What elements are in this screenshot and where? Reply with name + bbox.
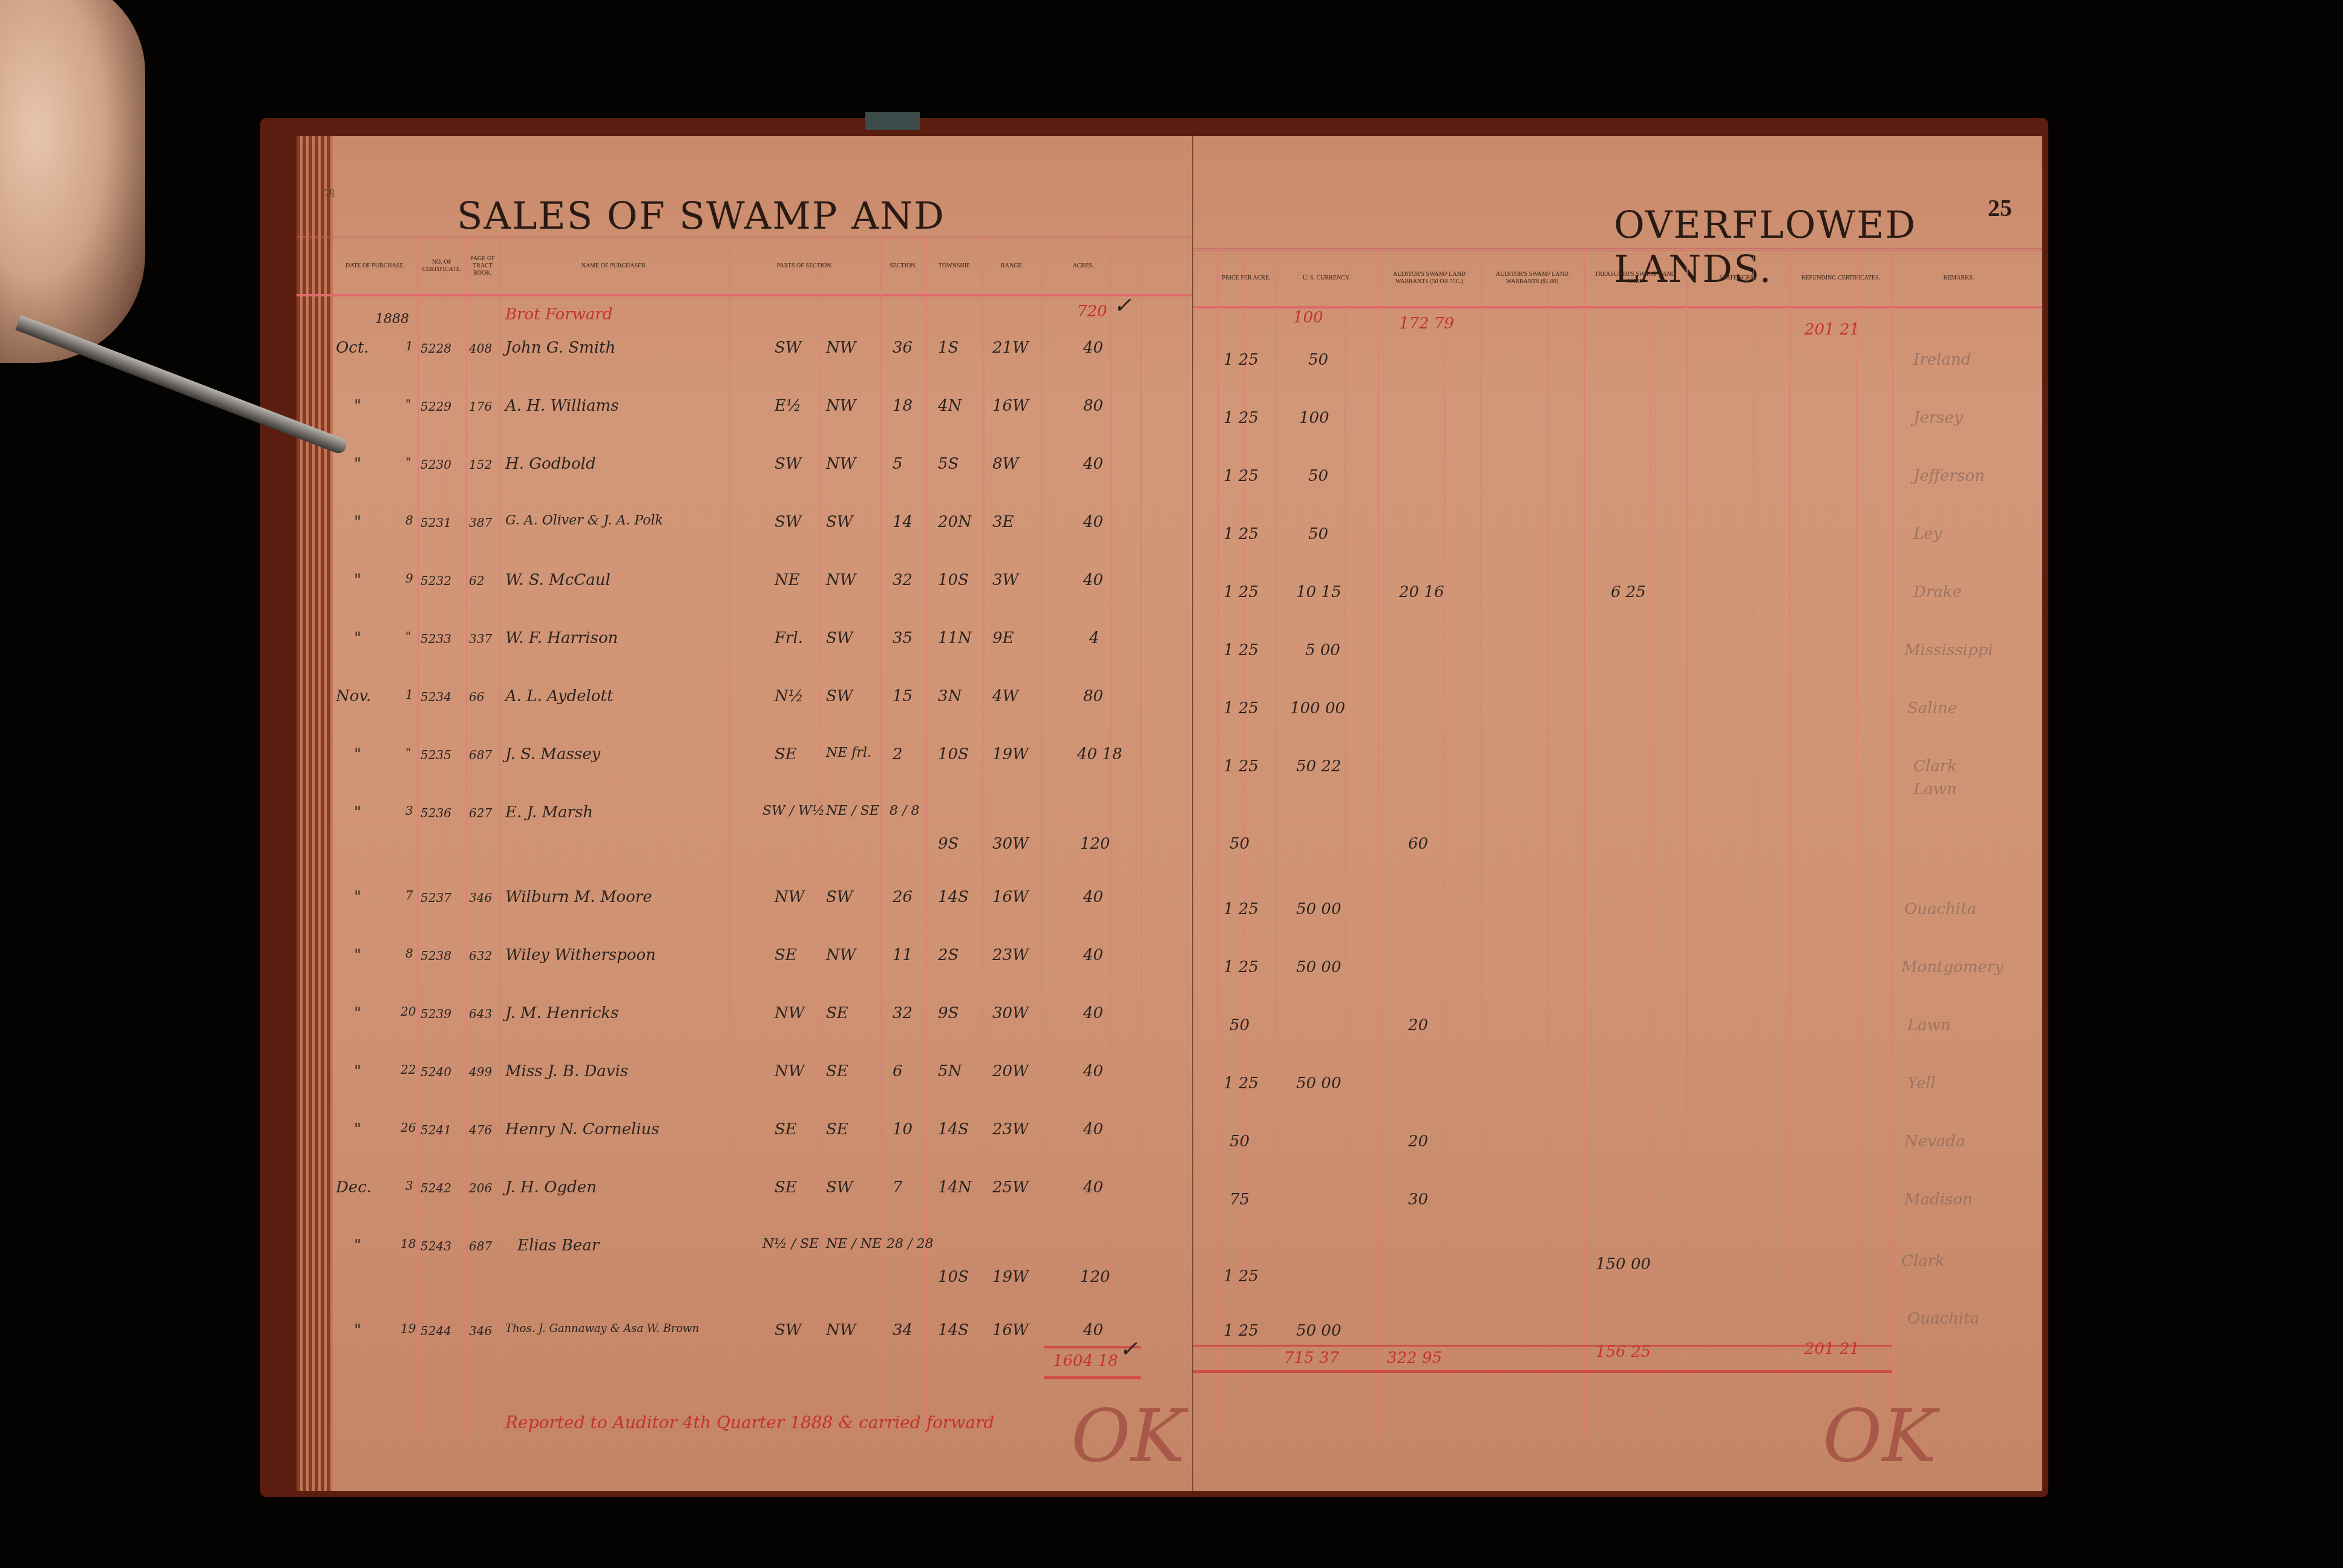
township: 14S [938, 1321, 969, 1339]
part: SW / W½ [762, 803, 825, 818]
quarter: NW [826, 339, 856, 357]
purchaser-name: E. J. Marsh [505, 803, 593, 822]
price: 1 25 [1224, 900, 1259, 918]
table-row: " 26 5241 476 Henry N. Cornelius SE SE 1… [297, 1120, 1192, 1178]
header-price-per-acre: Price Per Acre. [1217, 250, 1275, 306]
table-row: " 22 5240 499 Miss J. B. Davis NW SE 6 5… [297, 1062, 1192, 1120]
page-title-left: SALES OF SWAMP AND [457, 194, 945, 238]
right-header-row: Price Per Acre. U. S. Currency. Auditor'… [1193, 248, 2042, 309]
acres: 40 [1083, 513, 1103, 531]
range: 16W [992, 397, 1029, 415]
township: 9S [938, 1004, 958, 1022]
quarter: SE [826, 1120, 848, 1138]
us-currency: 50 [1308, 351, 1328, 369]
certificate: 5232 [421, 573, 451, 588]
header-auditor-warrants-50-75: Auditor's Swamp Land Warrants (50 or 75c… [1378, 250, 1481, 306]
price: 1 25 [1224, 1322, 1259, 1340]
price: 1 25 [1224, 409, 1259, 427]
section: 14 [893, 513, 913, 531]
footer-note: Reported to Auditor 4th Quarter 1888 & c… [505, 1413, 994, 1432]
township: 11N [938, 629, 972, 647]
remarks: Jersey [1913, 409, 1963, 427]
section: 32 [893, 1004, 913, 1022]
header-acres: Acres. [1041, 238, 1126, 294]
total-acres: 1604 18 [1053, 1352, 1118, 1370]
purchaser-name: H. Godbold [505, 455, 596, 473]
quarter: SW [826, 629, 853, 647]
section: 35 [893, 629, 913, 647]
ok-mark: OK [1823, 1394, 1936, 1478]
month: " [354, 629, 361, 647]
section: 26 [893, 888, 913, 906]
day: 20 [401, 1004, 416, 1019]
section: 18 [893, 397, 913, 415]
month: Dec. [336, 1178, 372, 1197]
section: 10 [893, 1120, 913, 1138]
day: 7 [405, 888, 413, 903]
purchaser-name: J. M. Henricks [505, 1004, 618, 1022]
section: 15 [893, 687, 913, 705]
price: 1 25 [1224, 699, 1259, 717]
header-auditor-warrants-100: Auditor's Swamp Land Warrants ($1.00) [1481, 250, 1584, 306]
table-row: " 3 5236 627 E. J. Marsh SW / W½ NE / SE… [297, 803, 1192, 888]
price: 50 [1230, 1016, 1250, 1034]
us-currency: 50 00 [1296, 958, 1341, 976]
township: 3N [938, 687, 962, 705]
purchaser-name: Thos. J. Gannaway & Asa W. Brown [505, 1322, 699, 1335]
certificate: 5228 [421, 341, 451, 356]
header-purchaser: Name of Purchaser. [499, 238, 729, 294]
part: SW [775, 455, 802, 473]
ok-mark: OK [1071, 1394, 1185, 1478]
price: 75 [1230, 1191, 1250, 1209]
part: N½ / SE [762, 1236, 819, 1252]
acres: 40 [1083, 571, 1103, 589]
header-township: Township. [926, 238, 983, 294]
left-header-row: Date of Purchase. No. of Certificate. Pa… [297, 236, 1192, 296]
certificate: 5231 [421, 515, 451, 530]
tract-page: 152 [469, 457, 492, 472]
auditor-warrants-50-75: 20 16 [1399, 583, 1444, 601]
header-remarks: Remarks. [1892, 250, 2025, 306]
remarks: Lawn [1907, 1016, 1951, 1034]
price: 1 25 [1224, 1267, 1259, 1285]
tract-page: 499 [469, 1065, 492, 1079]
header-range: Range. [983, 238, 1041, 294]
tract-page: 176 [469, 399, 492, 414]
acres: 80 [1083, 397, 1103, 415]
quarter: NE frl. [826, 745, 871, 760]
section: 36 [893, 339, 913, 357]
table-row: " 8 5231 387 G. A. Oliver & J. A. Polk S… [297, 513, 1192, 571]
price: 1 25 [1224, 641, 1259, 659]
acres: 40 [1083, 1120, 1103, 1138]
range: 30W [992, 1004, 1029, 1022]
us-currency: 50 [1308, 467, 1328, 485]
quarter: NW [826, 397, 856, 415]
auditor-warrants-50-75: 20 [1408, 1132, 1428, 1151]
auditor-warrants-50-75: 20 [1408, 1016, 1428, 1034]
remarks: Saline [1907, 699, 1957, 717]
certificate: 5230 [421, 457, 451, 472]
quarter: NW [826, 946, 856, 964]
quarter: NW [826, 571, 856, 589]
quarter: SE [826, 1004, 848, 1022]
us-currency: 100 00 [1290, 699, 1345, 717]
purchaser-name: Elias Bear [517, 1236, 599, 1255]
acres: 40 [1083, 339, 1103, 357]
check-icon: ✓ [1119, 1337, 1138, 1362]
range: 25W [992, 1178, 1029, 1197]
township: 20N [938, 513, 972, 531]
part: NW [775, 1062, 804, 1080]
table-row: " 18 5243 687 Elias Bear N½ / SE NE / NE… [297, 1236, 1192, 1321]
quarter: SW [826, 888, 853, 906]
part: SE [775, 745, 797, 763]
township: 2S [938, 946, 958, 964]
township: 4N [938, 397, 962, 415]
corner-mark: 78 [324, 188, 335, 200]
range: 8W [992, 455, 1018, 473]
remarks: Ireland [1913, 351, 1971, 369]
township: 1S [938, 339, 958, 357]
us-currency: 5 00 [1305, 641, 1340, 659]
acres: 40 [1083, 1178, 1103, 1197]
brought-forward-acres: 720 [1077, 302, 1107, 321]
range: 16W [992, 888, 1029, 906]
tract-page: 346 [469, 890, 492, 905]
quarter: SW [826, 1178, 853, 1197]
day: 8 [405, 513, 413, 528]
right-page: OVERFLOWED LANDS. 25 Price Per Acre. U. … [1193, 136, 2042, 1491]
part: SW [775, 513, 802, 531]
month: Oct. [336, 339, 369, 357]
header-treasurer-scrip: Treasurer's Swamp Land Scrip. [1584, 250, 1686, 306]
table-row: " " 5229 176 A. H. Williams E½ NW 18 4N … [297, 397, 1192, 455]
table-row: Nov. 1 5234 66 A. L. Aydelott N½ SW 15 3… [297, 687, 1192, 745]
total-us-currency: 715 37 [1284, 1349, 1339, 1367]
day: 9 [405, 571, 413, 586]
remarks: Ouachita [1904, 900, 1976, 918]
us-currency: 50 22 [1296, 757, 1341, 776]
header-section: Section. [880, 238, 926, 294]
hand-holding-pointer [0, 0, 145, 363]
tract-page: 337 [469, 632, 492, 646]
remarks: Ouachita [1907, 1310, 1979, 1328]
tract-page: 387 [469, 515, 492, 530]
certificate: 5241 [421, 1123, 451, 1137]
treasurer-scrip: 150 00 [1596, 1255, 1651, 1273]
auditor-warrants-50-75: 60 [1408, 835, 1428, 853]
header-parts: Parts of Section. [729, 238, 880, 294]
part: SE [775, 946, 797, 964]
township: 5S [938, 455, 958, 473]
purchaser-name: J. S. Massey [505, 745, 600, 763]
range: 21W [992, 339, 1029, 357]
range: 9E [992, 629, 1014, 647]
month: " [354, 803, 361, 822]
certificate: 5243 [421, 1239, 451, 1253]
purchaser-name: W. S. McCaul [505, 571, 611, 589]
double-total-underline [1044, 1376, 1141, 1379]
certificate: 5240 [421, 1065, 451, 1079]
range: 19W [992, 1268, 1029, 1286]
section: 28 / 28 [886, 1236, 933, 1252]
check-icon: ✓ [1113, 293, 1132, 318]
part: SW [775, 1321, 802, 1339]
ledger-book: 78 SALES OF SWAMP AND Date of Purchase. … [260, 118, 2048, 1497]
day: 3 [405, 803, 413, 818]
quarter: NW [826, 1321, 856, 1339]
range: 3W [992, 571, 1018, 589]
part: E½ [775, 397, 801, 415]
acres: 40 [1083, 888, 1103, 906]
range: 23W [992, 1120, 1029, 1138]
table-row: Dec. 3 5242 206 J. H. Ogden SE SW 7 14N … [297, 1178, 1192, 1236]
day: " [405, 629, 411, 644]
spine-label-tab [865, 112, 920, 130]
price: 1 25 [1224, 351, 1259, 369]
day: 1 [405, 339, 413, 353]
tract-page: 476 [469, 1123, 492, 1137]
tract-page: 408 [469, 341, 492, 356]
brought-forward-auditor-warrants: 172 79 [1399, 315, 1454, 333]
remarks: Montgomery [1901, 958, 2004, 976]
price: 1 25 [1224, 467, 1259, 485]
header-tract-page: Page of Tract Book. [466, 238, 499, 294]
day: 19 [401, 1321, 416, 1336]
range: 30W [992, 835, 1029, 853]
day: 22 [401, 1062, 416, 1077]
tract-page: 62 [469, 573, 484, 588]
month: " [354, 1004, 361, 1022]
day: " [405, 745, 411, 760]
range: 16W [992, 1321, 1029, 1339]
township: 10S [938, 571, 969, 589]
part: NW [775, 888, 804, 906]
month: Nov. [336, 687, 371, 705]
month: " [354, 571, 361, 589]
brought-forward-us-currency: 100 [1293, 309, 1323, 327]
tract-page: 627 [469, 806, 492, 820]
township: 5N [938, 1062, 962, 1080]
table-row: " 7 5237 346 Wilburn M. Moore NW SW 26 1… [297, 888, 1192, 946]
tract-page: 687 [469, 748, 492, 762]
part: SE [775, 1178, 797, 1197]
part: SE [775, 1120, 797, 1138]
certificate: 5238 [421, 949, 451, 963]
township: 14S [938, 888, 969, 906]
section: 32 [893, 571, 913, 589]
section: 8 / 8 [890, 803, 919, 818]
quarter: NW [826, 455, 856, 473]
left-page: 78 SALES OF SWAMP AND Date of Purchase. … [297, 136, 1193, 1491]
us-currency: 50 [1308, 525, 1328, 543]
remarks: Clark [1901, 1252, 1945, 1270]
table-row: " " 5235 687 J. S. Massey SE NE frl. 2 1… [297, 745, 1192, 803]
day: 18 [401, 1236, 416, 1251]
day: " [405, 397, 411, 411]
certificate: 5242 [421, 1181, 451, 1195]
certificate: 5244 [421, 1324, 451, 1338]
page-number: 25 [1988, 194, 2012, 222]
table-row: " " 5233 337 W. F. Harrison Frl. SW 35 1… [297, 629, 1192, 687]
brought-forward-refunding: 201 21 [1804, 321, 1860, 339]
acres: 4 [1089, 629, 1099, 647]
us-currency: 100 [1299, 409, 1329, 427]
remarks: Clark [1913, 757, 1957, 776]
table-row: " 8 5238 632 Wiley Witherspoon SE NW 11 … [297, 946, 1192, 1004]
tract-page: 346 [469, 1324, 492, 1338]
section: 11 [893, 946, 913, 964]
township: 9S [938, 835, 958, 853]
acres: 120 [1080, 835, 1110, 853]
brought-forward-label: Brot Forward [505, 305, 612, 324]
total-treasurer-scrip: 156 25 [1596, 1343, 1651, 1361]
acres: 80 [1083, 687, 1103, 705]
purchaser-name: Wilburn M. Moore [505, 888, 652, 906]
purchaser-name: W. F. Harrison [505, 629, 618, 647]
purchaser-name: Wiley Witherspoon [505, 946, 656, 964]
treasurer-scrip: 6 25 [1611, 583, 1646, 601]
remarks: Drake [1913, 583, 1962, 601]
remarks: Jefferson [1913, 467, 1985, 485]
quarter: NE / SE [826, 803, 879, 818]
price: 1 25 [1224, 757, 1259, 776]
auditor-warrants-50-75: 30 [1408, 1191, 1428, 1209]
certificate: 5233 [421, 632, 451, 646]
remarks: Nevada [1904, 1132, 1965, 1151]
table-row: " " 5230 152 H. Godbold SW NW 5 5S 8W 40 [297, 455, 1192, 513]
month: " [354, 1236, 361, 1255]
range: 20W [992, 1062, 1029, 1080]
remarks: Lawn [1913, 780, 1957, 799]
month: " [354, 513, 361, 531]
month: " [354, 745, 361, 763]
purchaser-name: Henry N. Cornelius [505, 1120, 660, 1138]
township: 10S [938, 1268, 969, 1286]
month: " [354, 455, 361, 473]
certificate: 5237 [421, 890, 451, 905]
day: 1 [405, 687, 413, 702]
header-us-currency: U. S. Currency. [1275, 250, 1378, 306]
acres: 40 [1083, 1321, 1103, 1339]
us-currency: 50 00 [1296, 900, 1341, 918]
purchaser-name: A. L. Aydelott [505, 687, 613, 705]
tract-page: 643 [469, 1007, 492, 1021]
section: 7 [893, 1178, 903, 1197]
quarter: SW [826, 513, 853, 531]
day: " [405, 455, 411, 469]
section: 5 [893, 455, 903, 473]
price: 50 [1230, 835, 1250, 853]
total-refunding: 201 21 [1804, 1340, 1860, 1358]
acres: 40 [1083, 1004, 1103, 1022]
township: 14S [938, 1120, 969, 1138]
quarter: SW [826, 687, 853, 705]
total-auditor-warrants: 322 95 [1387, 1349, 1442, 1367]
certificate: 5229 [421, 399, 451, 414]
month: " [354, 1120, 361, 1138]
quarter: NE / NE [826, 1236, 882, 1252]
part: NW [775, 1004, 804, 1022]
header-refunding-certificates: Refunding Certificates. [1789, 250, 1892, 306]
township: 14N [938, 1178, 972, 1197]
part: N½ [775, 687, 804, 705]
month: " [354, 1062, 361, 1080]
acres: 120 [1080, 1268, 1110, 1286]
certificate: 5234 [421, 690, 451, 704]
range: 3E [992, 513, 1014, 531]
purchaser-name: J. H. Ogden [505, 1178, 597, 1197]
section: 2 [893, 745, 903, 763]
tract-page: 66 [469, 690, 484, 704]
acres: 40 [1083, 455, 1103, 473]
remarks: Ley [1913, 525, 1942, 543]
table-row: " 20 5239 643 J. M. Henricks NW SE 32 9S… [297, 1004, 1192, 1062]
header-state-scrip: State Scrip. [1686, 250, 1789, 306]
purchaser-name: G. A. Oliver & J. A. Polk [505, 513, 663, 528]
acres: 40 18 [1077, 745, 1122, 763]
day: 8 [405, 946, 413, 961]
us-currency: 10 15 [1296, 583, 1341, 601]
acres: 40 [1083, 1062, 1103, 1080]
price: 1 25 [1224, 1074, 1259, 1093]
us-currency: 50 00 [1296, 1322, 1341, 1340]
purchaser-name: John G. Smith [505, 339, 615, 357]
header-date: Date of Purchase. [333, 238, 418, 294]
tract-page: 206 [469, 1181, 492, 1195]
section: 34 [893, 1321, 913, 1339]
tract-page: 632 [469, 949, 492, 963]
remarks: Yell [1907, 1074, 1936, 1093]
part: SW [775, 339, 802, 357]
tract-page: 687 [469, 1239, 492, 1253]
remarks: Mississippi [1904, 641, 1993, 659]
table-row: Oct. 1 5228 408 John G. Smith SW NW 36 1… [297, 339, 1192, 397]
range: 19W [992, 745, 1029, 763]
remarks: Madison [1904, 1191, 1973, 1209]
part: Frl. [775, 629, 803, 647]
us-currency: 50 00 [1296, 1074, 1341, 1093]
price: 50 [1230, 1132, 1250, 1151]
quarter: SE [826, 1062, 848, 1080]
range: 23W [992, 946, 1029, 964]
purchaser-name: A. H. Williams [505, 397, 619, 415]
month: " [354, 1321, 361, 1339]
month: " [354, 888, 361, 906]
range: 4W [992, 687, 1018, 705]
total-underline [1193, 1345, 1892, 1347]
acres: 40 [1083, 946, 1103, 964]
section: 6 [893, 1062, 903, 1080]
price: 1 25 [1224, 583, 1259, 601]
price: 1 25 [1224, 958, 1259, 976]
month: " [354, 397, 361, 415]
year: 1888 [375, 312, 409, 327]
certificate: 5235 [421, 748, 451, 762]
month: " [354, 946, 361, 964]
table-row: " 9 5232 62 W. S. McCaul NE NW 32 10S 3W… [297, 571, 1192, 629]
double-total-underline [1193, 1370, 1892, 1373]
purchaser-name: Miss J. B. Davis [505, 1062, 628, 1080]
certificate: 5239 [421, 1007, 451, 1021]
certificate: 5236 [421, 806, 451, 820]
price: 1 25 [1224, 525, 1259, 543]
day: 26 [401, 1120, 416, 1135]
day: 3 [405, 1178, 413, 1193]
part: NE [775, 571, 800, 589]
